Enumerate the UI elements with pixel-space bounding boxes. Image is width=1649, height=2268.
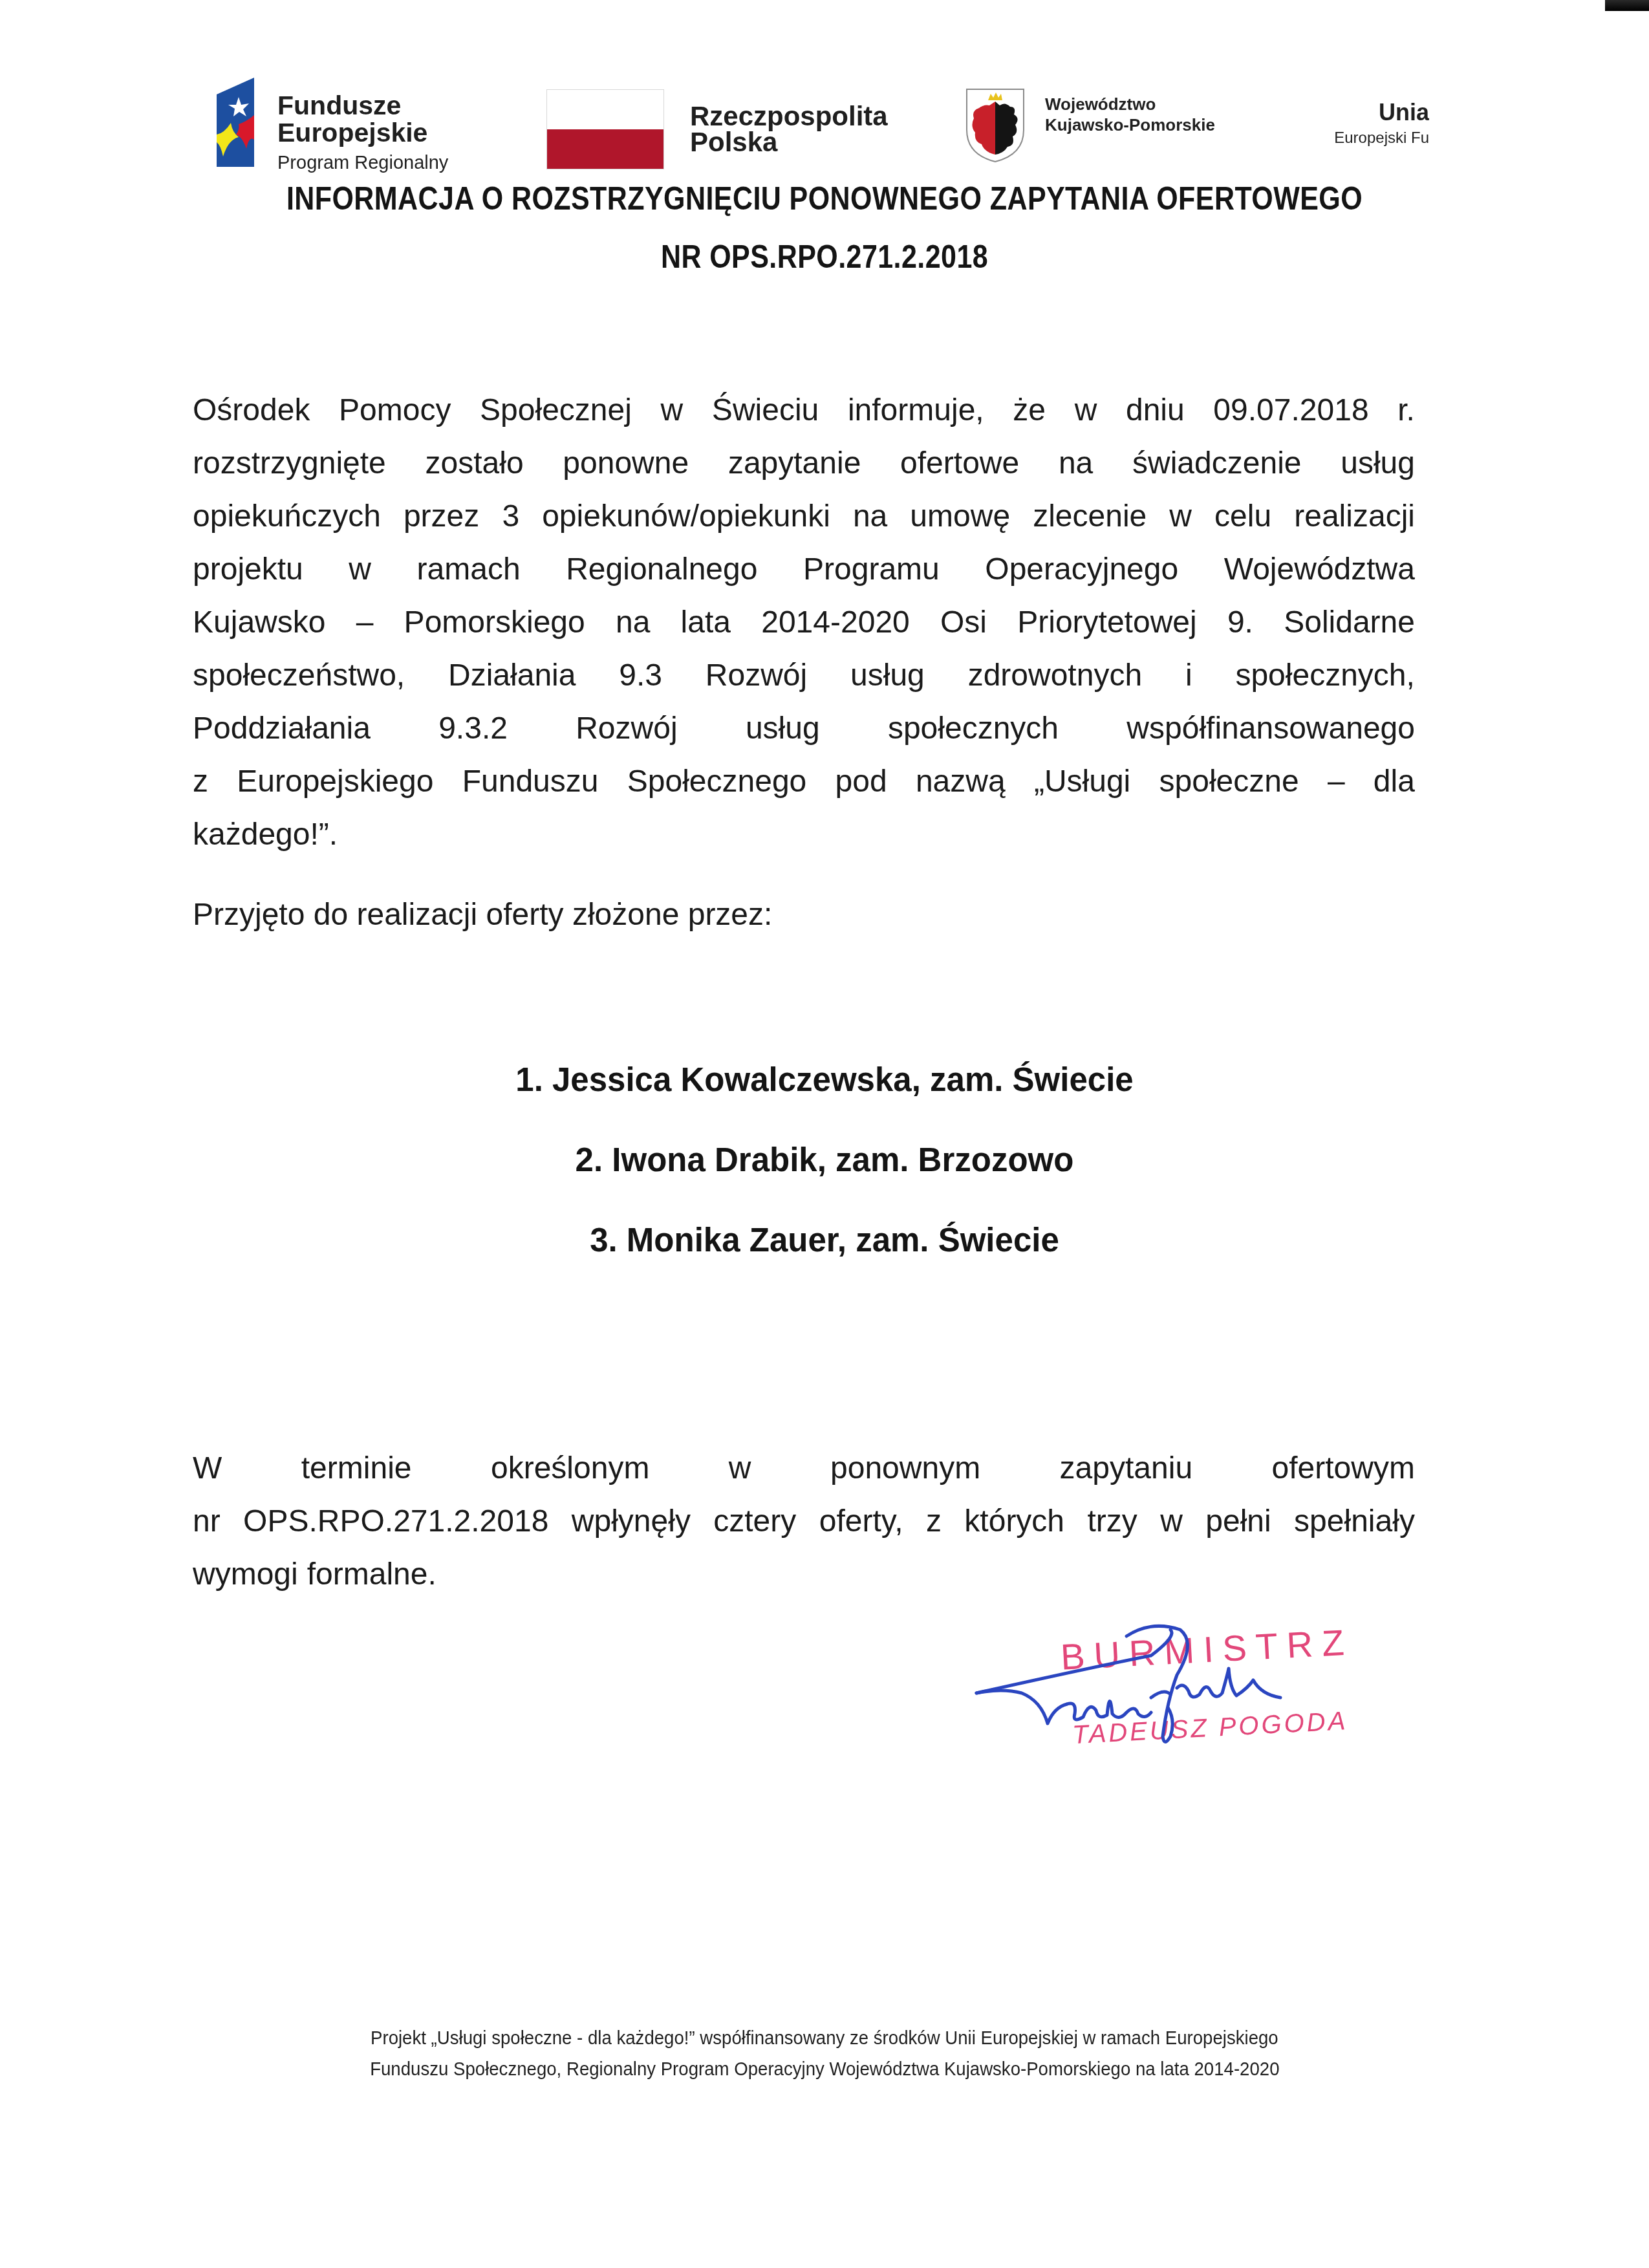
word: wymogi: [193, 1548, 298, 1601]
word: Województwa: [1224, 543, 1415, 596]
list-item: 3. Monika Zauer, zam. Świecie: [0, 1200, 1649, 1280]
accepted-offers-list: 1. Jessica Kowalczewska, zam. Świecie 2.…: [0, 1040, 1649, 1280]
word: 9.: [1227, 596, 1253, 649]
word: Społecznej: [480, 384, 632, 437]
word: 9.3.2: [438, 702, 508, 755]
word: wpłynęły: [572, 1495, 691, 1548]
word: projektu: [193, 543, 303, 596]
list-item: 1. Jessica Kowalczewska, zam. Świecie: [0, 1040, 1649, 1120]
word: 9.3: [619, 649, 662, 702]
fundusze-line: Fundusze: [277, 92, 448, 119]
word: z: [193, 755, 208, 808]
word: formalne.: [307, 1548, 436, 1601]
word: w: [349, 543, 371, 596]
polish-flag-icon: [546, 89, 664, 169]
title-line-1: INFORMACJA O ROZSTRZYGNIĘCIU PONOWNEGO Z…: [116, 169, 1534, 228]
word: zapytanie: [728, 437, 861, 490]
word: lata: [681, 596, 731, 649]
word: przez: [404, 490, 479, 543]
word: r.: [1397, 384, 1415, 437]
footer-line-2: Funduszu Społecznego, Regionalny Program…: [370, 2054, 1279, 2085]
text-line: rozstrzygniętezostałoponownezapytanieofe…: [193, 437, 1415, 490]
word: dla: [1374, 755, 1415, 808]
word: na: [853, 490, 887, 543]
word: zdrowotnych: [968, 649, 1142, 702]
word: trzy: [1087, 1495, 1137, 1548]
word: nazwą: [916, 755, 1006, 808]
word: Działania: [448, 649, 576, 702]
word: każdego!”.: [193, 808, 338, 861]
wojewodztwo-line: Województwo: [1045, 94, 1215, 114]
word: społecznych: [888, 702, 1059, 755]
word: „Usługi: [1034, 755, 1130, 808]
word: Kujawsko: [193, 596, 325, 649]
word: w: [661, 384, 684, 437]
word: cztery: [713, 1495, 796, 1548]
word: umowę: [910, 490, 1010, 543]
word: pod: [835, 755, 887, 808]
word: że: [1013, 384, 1046, 437]
word: w: [1169, 490, 1192, 543]
word: z: [926, 1495, 942, 1548]
word: W: [193, 1442, 222, 1495]
word: celu: [1214, 490, 1271, 543]
word: ponownym: [830, 1442, 980, 1495]
fundusze-europejskie-icon: [217, 78, 254, 167]
word: i: [1185, 649, 1192, 702]
text-line: Wterminieokreślonymwponownymzapytaniuofe…: [193, 1442, 1415, 1495]
europejskie-line: Europejskie: [277, 119, 448, 146]
word: Pomorskiego: [404, 596, 585, 649]
rzeczpospolita-line: Rzeczpospolita: [690, 103, 888, 129]
text-line: projektuwramachRegionalnegoProgramuOpera…: [193, 543, 1415, 596]
text-line: każdego!”.: [193, 808, 1415, 861]
word: świadczenie: [1132, 437, 1301, 490]
word: społecznych,: [1235, 649, 1414, 702]
text-line: OśrodekPomocySpołecznejwŚwieciuinformuje…: [193, 384, 1415, 437]
text-line: wymogiformalne.: [193, 1548, 1415, 1601]
europejski-fundusz-line: Europejski Fu: [1300, 127, 1429, 150]
text-line: opiekuńczychprzez3opiekunów/opiekunkinau…: [193, 490, 1415, 543]
footer-line-1: Projekt „Usługi społeczne - dla każdego!…: [371, 2023, 1278, 2054]
word: zlecenie: [1033, 490, 1147, 543]
kujawsko-pomorskie-line: Kujawsko-Pomorskie: [1045, 114, 1215, 135]
word: –: [356, 596, 374, 649]
word: społeczeństwo,: [193, 649, 405, 702]
word: pełni: [1205, 1495, 1271, 1548]
rzeczpospolita-polska-logo: Rzeczpospolita Polska: [546, 89, 888, 169]
word: na: [616, 596, 650, 649]
word: Programu: [803, 543, 940, 596]
word: Świeciu: [712, 384, 819, 437]
logo-bar: Fundusze Europejskie Program Regionalny …: [0, 71, 1649, 175]
word: Ośrodek: [193, 384, 310, 437]
unia-line: Unia: [1300, 98, 1429, 127]
word: opiekunów/opiekunki: [542, 490, 830, 543]
word: Rozwój: [576, 702, 677, 755]
text-line: Kujawsko–Pomorskiegonalata2014-2020OsiPr…: [193, 596, 1415, 649]
word: Europejskiego: [237, 755, 433, 808]
word: rozstrzygnięte: [193, 437, 386, 490]
word: Operacyjnego: [985, 543, 1178, 596]
word: informuje,: [848, 384, 984, 437]
text-line: społeczeństwo,Działania9.3Rozwójusługzdr…: [193, 649, 1415, 702]
word: w: [729, 1442, 751, 1495]
paragraph-resolution: OśrodekPomocySpołecznejwŚwieciuinformuje…: [193, 384, 1415, 861]
word: usług: [1341, 437, 1415, 490]
document-title: INFORMACJA O ROZSTRZYGNIĘCIU PONOWNEGO Z…: [0, 169, 1649, 286]
word: Priorytetowej: [1017, 596, 1196, 649]
word: zapytaniu: [1060, 1442, 1192, 1495]
paragraph-accepted-intro: Przyjęto do realizacji oferty złożone pr…: [193, 889, 772, 942]
word: usług: [746, 702, 820, 755]
signature-block: BURMISTRZ TADEUSZ POGODA: [957, 1597, 1461, 1766]
wojewodztwo-logo: Województwo Kujawsko-Pomorskie: [965, 87, 1215, 164]
word: Solidarne: [1284, 596, 1415, 649]
word: których: [964, 1495, 1064, 1548]
fundusze-europejskie-logo: Fundusze Europejskie Program Regionalny: [217, 78, 448, 176]
text-line: zEuropejskiegoFunduszuSpołecznegopodnazw…: [193, 755, 1415, 808]
title-line-2: NR OPS.RPO.271.2.2018: [116, 228, 1534, 286]
word: spełniały: [1294, 1495, 1415, 1548]
footer: Projekt „Usługi społeczne - dla każdego!…: [0, 2023, 1649, 2085]
word: Funduszu: [462, 755, 599, 808]
list-item: 2. Iwona Drabik, zam. Brzozowo: [0, 1120, 1649, 1200]
word: OPS.RPO.271.2.2018: [243, 1495, 548, 1548]
word: zostało: [426, 437, 524, 490]
word: ponowne: [563, 437, 689, 490]
word: oferty,: [819, 1495, 903, 1548]
word: terminie: [301, 1442, 412, 1495]
word: Regionalnego: [566, 543, 757, 596]
word: w: [1160, 1495, 1183, 1548]
word: ofertowym: [1272, 1442, 1415, 1495]
word: realizacji: [1294, 490, 1415, 543]
word: ofertowe: [900, 437, 1019, 490]
word: Pomocy: [339, 384, 451, 437]
word: dniu: [1126, 384, 1185, 437]
unia-europejska-logo: Unia Europejski Fu: [1300, 98, 1429, 150]
word: Poddziałania: [193, 702, 371, 755]
word: współfinansowanego: [1126, 702, 1415, 755]
word: –: [1328, 755, 1345, 808]
word: 09.07.2018: [1213, 384, 1368, 437]
word: Rozwój: [706, 649, 807, 702]
word: ramach: [417, 543, 521, 596]
handwritten-signature-icon: [957, 1597, 1461, 1766]
scan-artifact: [1605, 0, 1649, 11]
word: Osi: [940, 596, 987, 649]
word: opiekuńczych: [193, 490, 381, 543]
word: 2014-2020: [761, 596, 910, 649]
paragraph-offers-received: Wterminieokreślonymwponownymzapytaniuofe…: [193, 1442, 1415, 1601]
text-line: Poddziałania9.3.2Rozwójusługspołecznychw…: [193, 702, 1415, 755]
word: społeczne: [1159, 755, 1299, 808]
coat-of-arms-icon: [965, 87, 1026, 164]
word: 3: [502, 490, 519, 543]
text-line: nrOPS.RPO.271.2.2018wpłynęłyczteryoferty…: [193, 1495, 1415, 1548]
word: nr: [193, 1495, 221, 1548]
polska-line: Polska: [690, 129, 888, 155]
word: usług: [850, 649, 925, 702]
word: określonym: [491, 1442, 649, 1495]
word: w: [1075, 384, 1097, 437]
word: na: [1059, 437, 1093, 490]
word: Społecznego: [627, 755, 807, 808]
